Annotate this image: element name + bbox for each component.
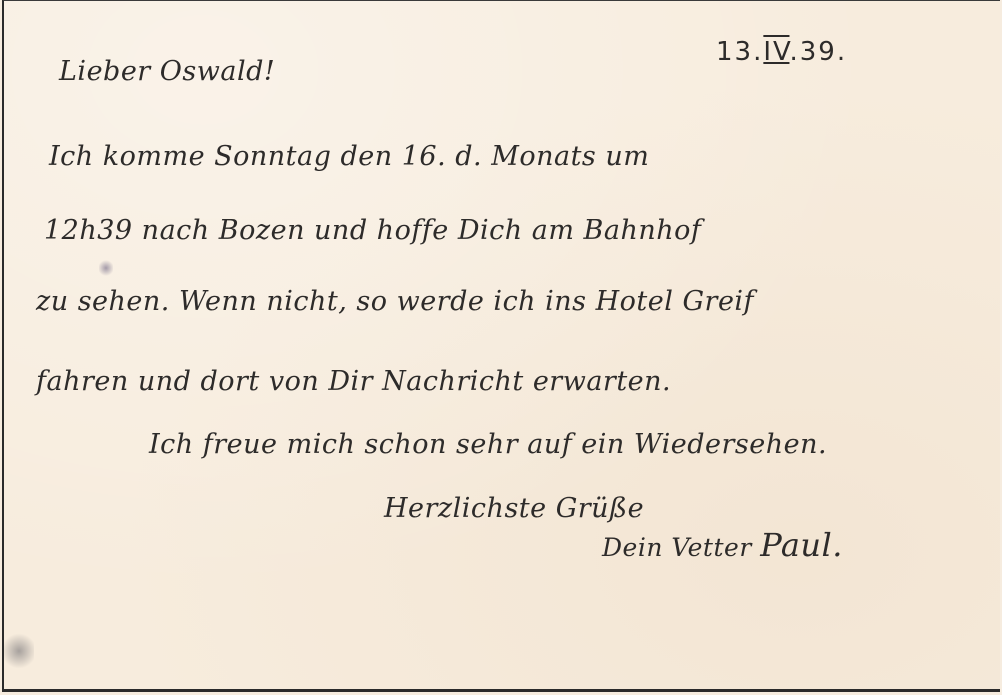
body-line-2: 12h39 nach Bozen und hoffe Dich am Bahnh… [44, 215, 701, 246]
signature-prefix: Dein Vetter [602, 533, 752, 562]
date-month: IV [763, 37, 789, 67]
body-line-4: fahren und dort von Dir Nachricht erwart… [36, 366, 671, 397]
body-line-1: Ich komme Sonntag den 16. d. Monats um [49, 141, 649, 172]
letter-date: 13.IV.39. [716, 37, 847, 67]
date-day: 13 [716, 37, 753, 67]
signature-block: Dein Vetter Paul. [602, 526, 843, 564]
closing: Herzlichste Grüße [384, 493, 644, 524]
ink-smudge [4, 631, 34, 671]
postcard: 13.IV.39. Lieber Oswald! Ich komme Sonnt… [2, 0, 1000, 692]
body-line-5: Ich freue mich schon sehr auf ein Wieder… [149, 429, 827, 460]
ink-blot [99, 259, 113, 277]
signature: Paul. [760, 526, 843, 564]
salutation: Lieber Oswald! [59, 56, 275, 87]
date-year: 39 [800, 37, 837, 67]
body-line-3: zu sehen. Wenn nicht, so werde ich ins H… [36, 286, 754, 317]
